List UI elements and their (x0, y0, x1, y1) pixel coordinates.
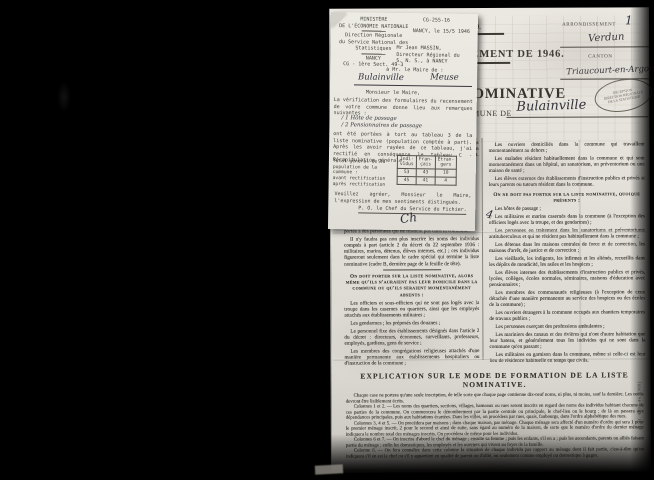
left-heading: On doit porter sur la liste nominative, … (344, 273, 479, 299)
background-smudge (40, 70, 120, 160)
destination-underline (354, 84, 472, 87)
right-item: Les personnes en traitement dans les san… (489, 227, 645, 240)
right-item: Les élèves externes des établissements d… (489, 175, 645, 188)
signature-flourish: Ch (399, 210, 418, 228)
scan-background: Feuille n° 9. RECENSEMENT DE 1946. ARRON… (0, 0, 654, 480)
table-cell: 53 (397, 169, 416, 177)
addressee-line: S. N. S., à NANCY (396, 58, 476, 66)
destination-department: Meuse (430, 72, 459, 83)
table-header: Étran- gers (435, 156, 457, 169)
right-item: Les militaires et marins casernés dans l… (489, 213, 645, 226)
instructions-right-column: Les ouvriers domiciliés dans la commune … (489, 141, 646, 366)
destination-commune: Bulainville (358, 72, 404, 84)
separator-rule (383, 269, 441, 270)
salutation: Monsieur le Maire, (366, 89, 420, 96)
left-item: Les gendarmes ; les préposés des douanes… (344, 320, 479, 327)
table-cell: 4 (435, 177, 457, 185)
commune-value: Bulainville (516, 98, 586, 115)
arrondissement-value: Verdun (588, 31, 625, 44)
scan-edge-shadow-right (630, 0, 654, 480)
commune-line (506, 116, 648, 118)
right-heading: On ne doit pas porter sur la liste nomin… (489, 191, 645, 204)
rectification-table: Indi- vidus Fran- çais Étran- gers 53 43… (397, 155, 458, 186)
table-cell: 45 (397, 177, 416, 185)
left-item: Les officiers et sous-officiers qui ne s… (344, 300, 479, 319)
letterhead-line: DE L'ÉCONOMIE NATIONALE (333, 23, 415, 31)
column-divider (482, 138, 484, 360)
table-header: Indi- vidus (397, 155, 416, 168)
explanation-paragraph: Colonnes 1 et 2. — Les noms des quartier… (346, 404, 644, 422)
table-header: Fran- çais (416, 156, 435, 169)
right-item: Les hôtes de passage ; (489, 205, 645, 212)
letter-reference: CG-255-16 (423, 17, 450, 24)
right-item: Les membres des communautés religieuses … (489, 289, 645, 308)
letter-closing: Veuillez agréer, Monsieur le Maire, l'ex… (334, 191, 471, 206)
scan-edge-shadow-bottom (328, 434, 654, 474)
arrondissement-label: ARRONDISSEMENT (562, 22, 616, 27)
right-item: Les vieillards, les indigents, les infir… (489, 255, 645, 268)
right-item: Les élèves internes des établissements d… (489, 269, 645, 288)
letter-date: NANCY, le 15/5 1946 (413, 28, 470, 35)
table-cell: 43 (416, 169, 435, 177)
right-item: Les malades résidant habituellement dans… (489, 155, 645, 174)
table-row-labels: Total général de la population de la com… (333, 159, 395, 189)
right-item: Les mariniers des canaux et des rivières… (489, 331, 645, 350)
canton-label: CANTON (588, 54, 612, 59)
left-item: Le personnel fixe des établissements dés… (344, 328, 479, 347)
remark-line: ∕ 2 Pensionnaires de passage (341, 122, 422, 130)
verification-letter: MINISTÈRE DE L'ÉCONOMIE NATIONALE Direct… (328, 12, 478, 231)
letter-addressee: Mr Jean MASSIN, Directeur Régional du S.… (396, 45, 476, 66)
right-item: Les ouvriers étrangers à la commune occu… (489, 309, 645, 322)
right-item: Les détenus dans les maisons centrales d… (489, 241, 645, 254)
paper-corner-fragment (315, 464, 343, 474)
right-item: Les personnes exerçant des professions a… (489, 323, 645, 330)
table-cell: 41 (416, 177, 435, 185)
right-item: Les ouvriers domiciliés dans la commune … (489, 141, 645, 154)
explanation-title: EXPLICATION SUR LE MODE DE FORMATION DE … (346, 371, 644, 390)
left-paragraph: Il n'y faudra pas non plus inscrire les … (344, 236, 479, 268)
